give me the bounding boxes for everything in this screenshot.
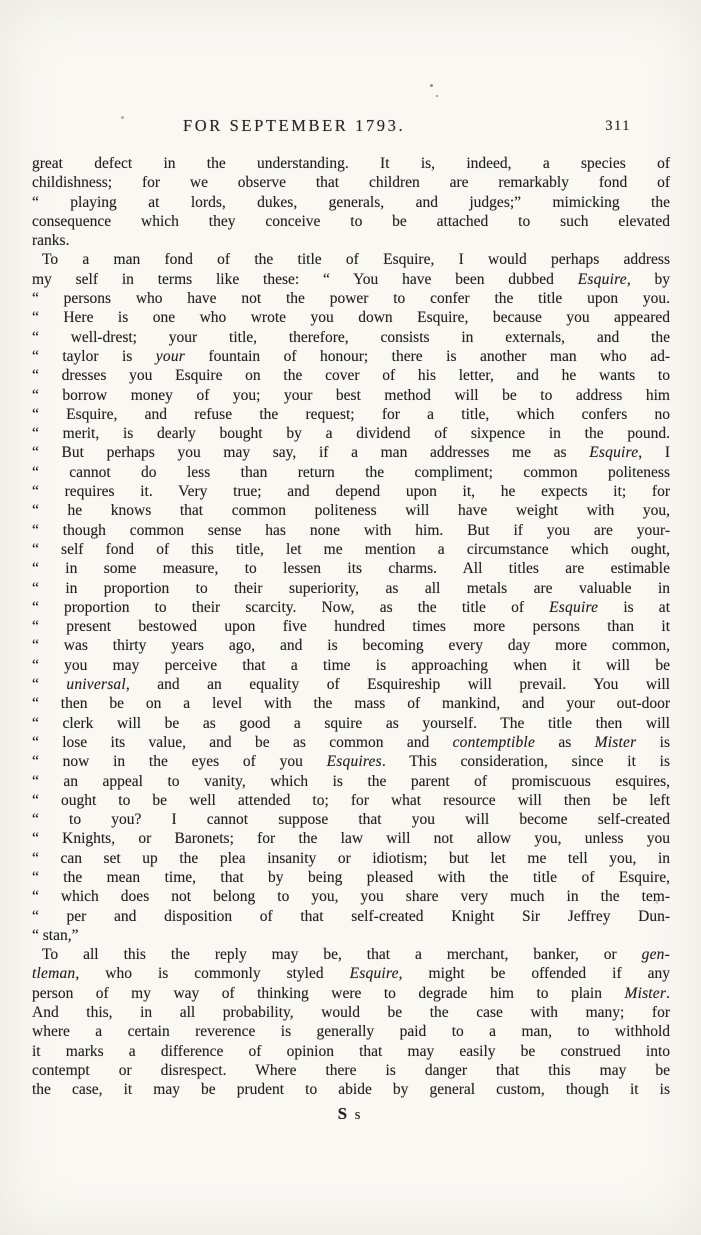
text-line: person of my way of thinking were to deg… [32,984,670,1003]
signature-large: S [338,1104,349,1123]
text-line: “ you may perceive that a time is approa… [32,656,670,675]
text-line: “ Knights, or Baronets; for the law will… [32,829,670,848]
text-line: the case, it may be prudent to abide by … [32,1080,670,1099]
text-line: “ in some measure, to lessen its charms.… [32,559,670,578]
text-line: And this, in all probability, would be t… [32,1003,670,1022]
scanned-document-page: FOR SEPTEMBER 1793. 311 great defect in … [0,0,701,1235]
text-line: “ proportion to their scarcity. Now, as … [32,598,670,617]
text-line: “ to you? I cannot suppose that you will… [32,810,670,829]
text-line: “ though common sense has none with him.… [32,521,670,540]
text-line: great defect in the understanding. It is… [32,154,670,173]
text-line: “ which does not belong to you, you shar… [32,887,670,906]
scan-speck [430,84,433,87]
text-line: “ taylor is your fountain of honour; the… [32,347,670,366]
text-line: “ Esquire, and refuse the request; for a… [32,405,670,424]
text-line: “ clerk will be as good a squire as your… [32,714,670,733]
text-line: tleman, who is commonly styled Esquire, … [32,964,670,983]
text-line: “ can set up the plea insanity or idioti… [32,849,670,868]
paragraph: great defect in the understanding. It is… [32,154,670,250]
text-line: “ ought to be well attended to; for what… [32,791,670,810]
text-line: “ was thirty years ago, and is becoming … [32,636,670,655]
page-text: great defect in the understanding. It is… [32,154,670,1125]
scan-speck [436,95,438,97]
paragraph: To a man fond of the title of Esquire, I… [32,250,670,945]
text-line: childishness; for we observe that childr… [32,173,670,192]
press-signature-mark: S s [32,1104,668,1125]
text-line: “ the mean time, that by being pleased w… [32,868,670,887]
running-header: FOR SEPTEMBER 1793. 311 [0,116,701,140]
text-line: “ borrow money of you; your best method … [32,386,670,405]
text-line: To a man fond of the title of Esquire, I… [32,250,670,269]
text-line: my self in terms like these: “ You have … [32,270,670,289]
text-line: “ an appeal to vanity, which is the pare… [32,772,670,791]
text-line: “ dresses you Esquire on the cover of hi… [32,366,670,385]
scan-speck [656,900,658,904]
text-line: “ But perhaps you may say, if a man addr… [32,443,670,462]
text-line: “ then be on a level with the mass of ma… [32,694,670,713]
text-line: “ merit, is dearly bought by a dividend … [32,424,670,443]
text-line: “ in proportion to their superiority, as… [32,579,670,598]
text-line: “ universal, and an equality of Esquires… [32,675,670,694]
text-line: “ self fond of this title, let me mentio… [32,540,670,559]
text-line: ranks. [32,231,670,250]
signature-small: s [349,1107,362,1123]
text-line: where a certain reverence is generally p… [32,1022,670,1041]
page-header-title: FOR SEPTEMBER 1793. [183,116,405,136]
text-line: “ persons who have not the power to conf… [32,289,670,308]
text-line: “ now in the eyes of you Esquires. This … [32,752,670,771]
text-line: it marks a difference of opinion that ma… [32,1042,670,1061]
text-line: “ per and disposition of that self-creat… [32,907,670,926]
page-number: 311 [605,118,631,135]
text-line: “ well-drest; your title, therefore, con… [32,328,670,347]
text-line: “ lose its value, and be as common and c… [32,733,670,752]
text-line: “ playing at lords, dukes, generals, and… [32,193,670,212]
text-line: consequence which they conceive to be at… [32,212,670,231]
text-line: “ cannot do less than return the complim… [32,463,670,482]
text-line: “ he knows that common politeness will h… [32,501,670,520]
text-line: contempt or disrespect. Where there is d… [32,1061,670,1080]
text-line: “ stan,” [32,926,670,945]
text-line: To all this the reply may be, that a mer… [32,945,670,964]
scan-speck [121,116,124,119]
text-line: “ Here is one who wrote you down Esquire… [32,308,670,327]
text-line: “ requires it. Very true; and depend upo… [32,482,670,501]
paragraph: To all this the reply may be, that a mer… [32,945,670,1099]
text-line: “ present bestowed upon five hundred tim… [32,617,670,636]
